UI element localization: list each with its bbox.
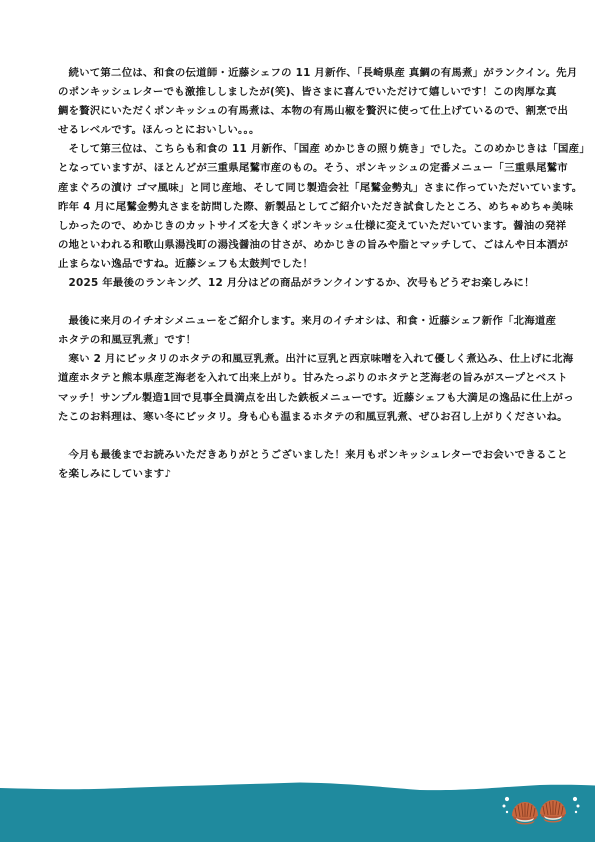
text-line: 道産ホタテと熊本県産芝海老を入れて出来上がり。甘みたっぷりのホタテと芝海老の旨み… (58, 369, 540, 388)
paragraph-third-place: そして第三位は、こちらも和食の 11 月新作、「国産 めかじきの照り焼き」でした… (58, 140, 540, 274)
text-line: 鯛を贅沢にいただくポンキッシュの有馬煮は、本物の有馬山椒を贅沢に使って仕上げてい… (58, 102, 540, 121)
text-line: ホタテの和風豆乳煮」です！ (58, 331, 540, 350)
text-line: せるレベルです。ほんっとにおいしい。。。 (58, 121, 540, 140)
paragraph-ranking-teaser: 2025 年最後のランキング、12 月分はどの商品がランクインするか、次号もどう… (58, 274, 540, 293)
text-line: を楽しみにしています♪ (58, 465, 540, 484)
text-line: 産まぐろの漬け ゴマ風味」と同じ産地、そして同じ製造会社「尾鷲金勢丸」さまに作っ… (58, 179, 540, 198)
paragraph-second-place: 続いて第二位は、和食の伝道師・近藤シェフの 11 月新作、「長崎県産 真鯛の有馬… (58, 64, 540, 140)
paragraph-spacer (58, 293, 540, 312)
paragraph-next-month-intro: 最後に来月のイチオシメニューをご紹介します。来月のイチオシは、和食・近藤シェフ新… (58, 312, 540, 350)
footer-wave-decoration (0, 775, 595, 842)
wave-icon (0, 775, 595, 842)
text-line: 今月も最後までお読みいただきありがとうございました！来月もポンキッシュレターでお… (58, 446, 540, 465)
paragraph-scallop-stew: 寒い 2 月にピッタリのホタテの和風豆乳煮。出汁に豆乳と西京味噌を入れて優しく煮… (58, 350, 540, 426)
text-line: たこのお料理は、寒い冬にピッタリ。身も心も温まるホタテの和風豆乳煮、ぜひお召し上… (58, 408, 540, 427)
text-line: 最後に来月のイチオシメニューをご紹介します。来月のイチオシは、和食・近藤シェフ新… (58, 312, 540, 331)
text-line: の地といわれる和歌山県湯浅町の湯浅醤油の甘さが、めかじきの旨みや脂とマッチして、… (58, 236, 540, 255)
text-line: マッチ！サンプル製造1回で見事全員満点を出した鉄板メニューです。近藤シェフも大満… (58, 389, 540, 408)
text-line: 昨年 4 月に尾鷲金勢丸さまを訪問した際、新製品としてご紹介いただき試食したとこ… (58, 198, 540, 217)
paragraph-spacer (58, 427, 540, 446)
text-line: 寒い 2 月にピッタリのホタテの和風豆乳煮。出汁に豆乳と西京味噌を入れて優しく煮… (58, 350, 540, 369)
text-line: となっていますが、ほとんどが三重県尾鷲市産のもの。そう、ポンキッシュの定番メニュ… (58, 159, 540, 178)
text-line: 止まらない逸品ですね。近藤シェフも太鼓判でした！ (58, 255, 540, 274)
text-line: 2025 年最後のランキング、12 月分はどの商品がランクインするか、次号もどう… (58, 274, 540, 293)
text-line: のポンキッシュレターでも激推ししましたが(笑)、皆さまに喜んでいただけて嬉しいで… (58, 83, 540, 102)
text-line: 続いて第二位は、和食の伝道師・近藤シェフの 11 月新作、「長崎県産 真鯛の有馬… (58, 64, 540, 83)
text-line: そして第三位は、こちらも和食の 11 月新作、「国産 めかじきの照り焼き」でした… (58, 140, 540, 159)
text-line: しかったので、めかじきのカットサイズを大きくポンキッシュ仕様に変えていただいてい… (58, 217, 540, 236)
letter-body: 続いて第二位は、和食の伝道師・近藤シェフの 11 月新作、「長崎県産 真鯛の有馬… (58, 64, 540, 484)
paragraph-closing: 今月も最後までお読みいただきありがとうございました！来月もポンキッシュレターでお… (58, 446, 540, 484)
